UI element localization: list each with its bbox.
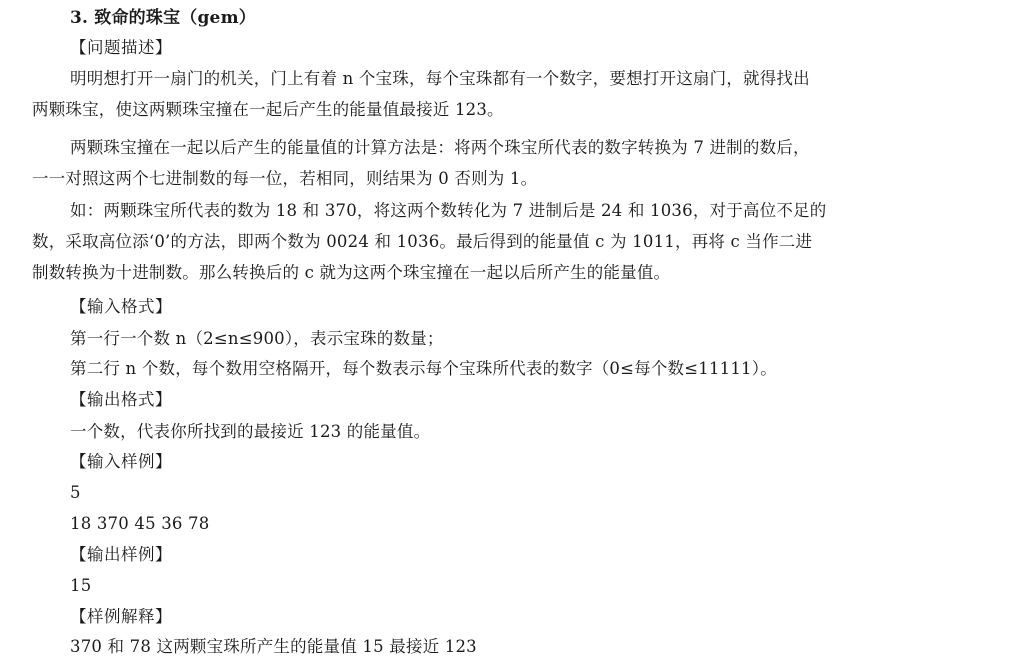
input-sample-line-2: 18 370 45 36 78 — [70, 512, 209, 536]
description-paragraph-3-line-2: 数，采取高位添‘0’的方法，即两个数为 0024 和 1036。最后得到的能量值… — [32, 230, 812, 254]
sample-explanation-heading: 【样例解释】 — [70, 605, 172, 629]
sample-explanation-line-1: 370 和 78 这两颗宝珠所产生的能量值 15 最接近 123 — [70, 635, 477, 659]
description-paragraph-3-line-1: 如：两颗珠宝所代表的数为 18 和 370，将这两个数转化为 7 进制后是 24… — [70, 199, 826, 223]
description-paragraph-3-line-3: 制数转换为十进制数。那么转换后的 c 就为这两个珠宝撞在一起以后所产生的能量值。 — [32, 261, 670, 285]
output-format-heading: 【输出格式】 — [70, 388, 172, 412]
description-paragraph-1-line-2: 两颗珠宝，使这两颗珠宝撞在一起后产生的能量值最接近 123。 — [32, 98, 504, 122]
problem-document: 3. 致命的珠宝（gem） 【问题描述】 明明想打开一扇门的机关，门上有着 n … — [0, 0, 1009, 666]
input-format-line-1: 第一行一个数 n（2≤n≤900），表示宝珠的数量； — [70, 327, 444, 351]
output-format-line-1: 一个数，代表你所找到的最接近 123 的能量值。 — [70, 420, 430, 444]
output-sample-line-1: 15 — [70, 574, 91, 598]
input-sample-heading: 【输入样例】 — [70, 450, 172, 474]
problem-title: 3. 致命的珠宝（gem） — [70, 6, 256, 30]
input-format-heading: 【输入格式】 — [70, 295, 172, 319]
description-paragraph-1-line-1: 明明想打开一扇门的机关，门上有着 n 个宝珠，每个宝珠都有一个数字，要想打开这扇… — [70, 67, 810, 91]
input-sample-line-1: 5 — [70, 481, 81, 505]
output-sample-heading: 【输出样例】 — [70, 543, 172, 567]
description-heading: 【问题描述】 — [70, 36, 172, 60]
input-format-line-2: 第二行 n 个数，每个数用空格隔开，每个数表示每个宝珠所代表的数字（0≤每个数≤… — [70, 357, 777, 381]
description-paragraph-2-line-1: 两颗珠宝撞在一起以后产生的能量值的计算方法是：将两个珠宝所代表的数字转换为 7 … — [70, 136, 810, 160]
description-paragraph-2-line-2: 一一对照这两个七进制数的每一位，若相同，则结果为 0 否则为 1。 — [32, 167, 537, 191]
